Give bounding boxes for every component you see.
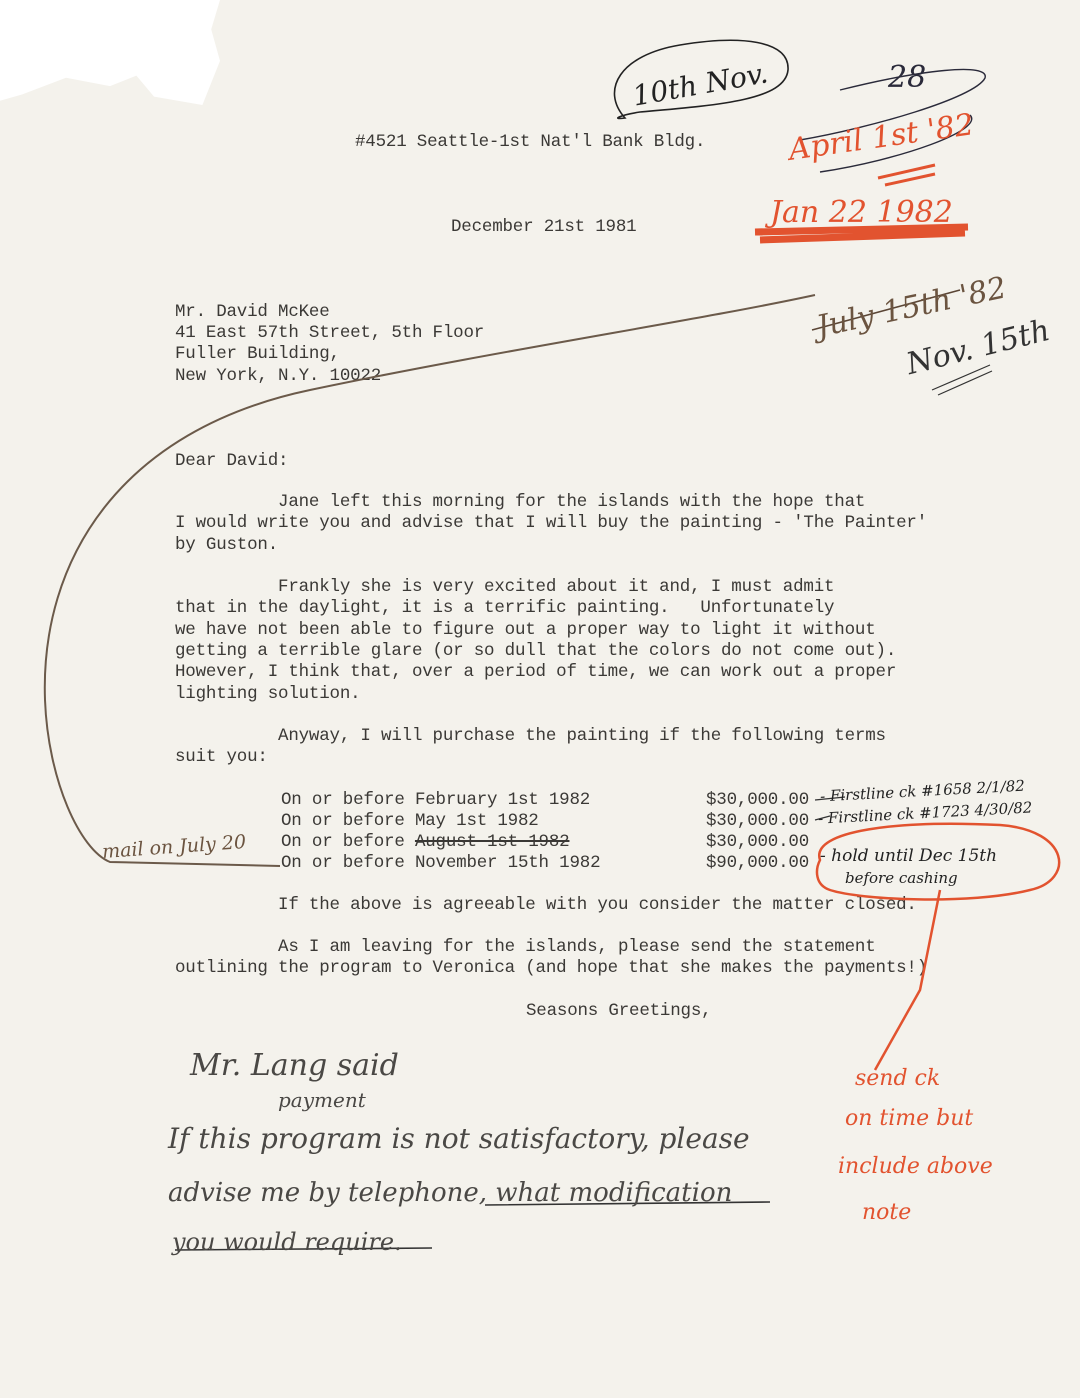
paragraph-line: suit you: <box>175 747 268 768</box>
circled-note: 10th Nov. <box>630 56 770 112</box>
paragraph-line: that in the daylight, it is a terrific p… <box>175 598 834 619</box>
date-revision-struck: Jan 22 1982 <box>770 195 953 230</box>
term-prefix: On or before <box>281 790 415 810</box>
term-date: November 15th 1982 <box>415 853 600 873</box>
postscript-insert: payment <box>278 1088 366 1112</box>
recipient-city: New York, N.Y. 10022 <box>175 366 381 387</box>
term-amount: $30,000.00 <box>706 811 809 832</box>
mail-on-note: mail on July 20 <box>101 831 246 863</box>
side-note-line: note <box>862 1200 911 1225</box>
torn-corner <box>0 0 220 105</box>
postscript-line: Mr. Lang said <box>190 1048 399 1083</box>
paragraph-line: getting a terrible glare (or so dull tha… <box>175 641 896 662</box>
term-amount: $30,000.00 <box>706 832 809 853</box>
paragraph-line: outlining the program to Veronica (and h… <box>175 958 927 979</box>
paragraph-line: As I am leaving for the islands, please … <box>175 937 876 958</box>
date-revision: 28 <box>888 60 926 95</box>
letterhead-address: #4521 Seattle-1st Nat'l Bank Bldg. <box>355 132 705 153</box>
paragraph-line: Jane left this morning for the islands w… <box>175 492 865 513</box>
term-prefix: On or before <box>281 832 415 852</box>
paragraph-line: I would write you and advise that I will… <box>175 513 927 534</box>
hold-note: before cashing <box>845 869 958 887</box>
date-revision: April 1st '82 <box>786 107 975 168</box>
connector-stroke <box>875 890 940 1070</box>
side-note-line: send ck <box>855 1066 940 1091</box>
postscript-period: . <box>394 1228 402 1256</box>
term-amount: $90,000.00 <box>706 853 809 874</box>
underline-stroke <box>878 165 935 185</box>
hold-note: - hold until Dec 15th <box>820 846 997 866</box>
recipient-street: 41 East 57th Street, 5th Floor <box>175 323 484 344</box>
postscript-struck: you would require <box>172 1228 394 1256</box>
paragraph-line: Anyway, I will purchase the painting if … <box>175 726 886 747</box>
recipient-name: Mr. David McKee <box>175 302 330 323</box>
paragraph-line: However, I think that, over a period of … <box>175 662 896 683</box>
salutation: Dear David: <box>175 451 288 472</box>
side-note-line: include above <box>838 1154 993 1179</box>
term-date: February 1st 1982 <box>415 790 590 810</box>
paragraph-line: Frankly she is very excited about it and… <box>175 577 834 598</box>
date-revision: Nov. 15th <box>903 313 1053 382</box>
postscript-line: If this program is not satisfactory, ple… <box>168 1122 750 1155</box>
term-date: May 1st 1982 <box>415 811 539 831</box>
paragraph-line: lighting solution. <box>175 684 360 705</box>
term-amount: $30,000.00 <box>706 790 809 811</box>
term-prefix: On or before <box>281 811 415 831</box>
recipient-building: Fuller Building, <box>175 344 340 365</box>
paragraph-line: by Guston. <box>175 535 278 556</box>
paragraph-line: we have not been able to figure out a pr… <box>175 620 876 641</box>
term-date-struck: August 1st 1982 <box>415 832 570 852</box>
postscript-struck: , what modification <box>479 1178 733 1208</box>
term-prefix: On or before <box>281 853 415 873</box>
paragraph-4: If the above is agreeable with you consi… <box>175 895 917 916</box>
side-note-line: on time but <box>845 1106 973 1131</box>
closing: Seasons Greetings, <box>526 1001 711 1022</box>
letter-date: December 21st 1981 <box>451 217 636 238</box>
postscript-line: advise me by telephone <box>168 1178 479 1208</box>
